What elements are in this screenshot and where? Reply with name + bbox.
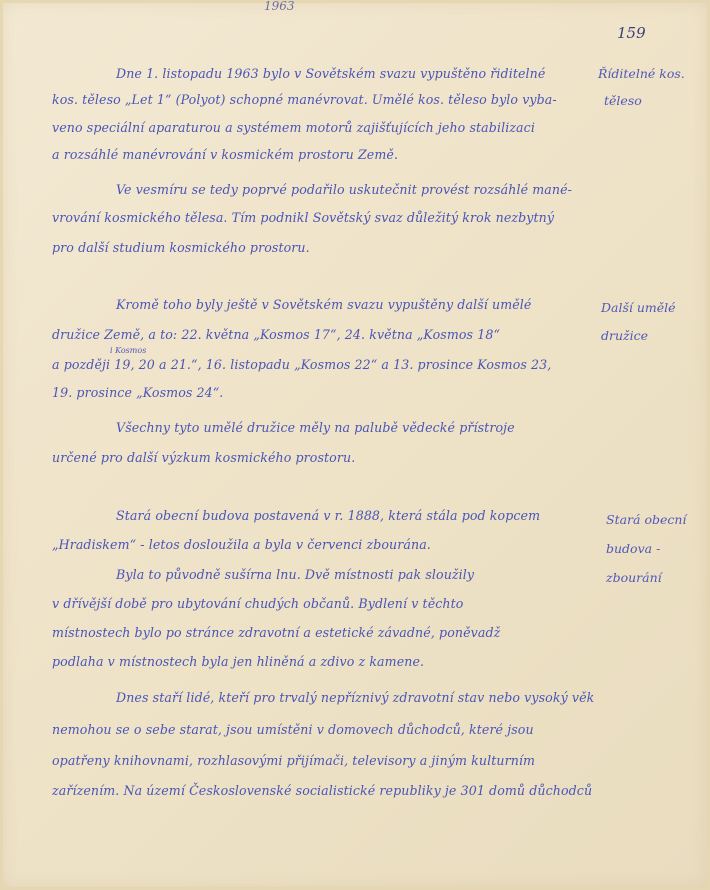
margin-note: Říditelné kos.: [598, 66, 685, 81]
text-line: místnostech bylo po stránce zdravotní a …: [52, 625, 500, 640]
text-line: a rozsáhlé manévrování v kosmickém prost…: [52, 147, 398, 162]
interlinear-insertion: i Kosmos: [110, 346, 146, 355]
text-line: kos. těleso „Let 1“ (Polyot) schopné man…: [52, 92, 557, 107]
text-line: „Hradiskem“ - letos dosloužila a byla v …: [52, 537, 431, 552]
margin-note: Stará obecní: [606, 512, 686, 527]
text-line: určené pro další výzkum kosmického prost…: [52, 450, 355, 465]
margin-note: Další umělé: [601, 300, 676, 315]
text-line: vrování kosmického tělesa. Tím podnikl S…: [52, 210, 554, 225]
margin-note: zbourání: [606, 570, 662, 585]
page-number: 159: [617, 24, 646, 42]
text-line: v dřívější době pro ubytování chudých ob…: [52, 596, 463, 611]
margin-note: těleso: [604, 93, 642, 108]
text-line: podlaha v místnostech byla jen hliněná a…: [52, 654, 424, 669]
text-line: družice Země, a to: 22. května „Kosmos 1…: [52, 327, 500, 342]
text-line: Stará obecní budova postavená v r. 1888,…: [116, 508, 540, 523]
handwritten-chronicle-page: 1963 159 Dne 1. listopadu 1963 bylo v So…: [0, 0, 710, 890]
text-line: Dnes staří lidé, kteří pro trvalý nepříz…: [116, 690, 594, 705]
text-line: opatřeny knihovnami, rozhlasovými přijím…: [52, 753, 535, 768]
text-line: pro další studium kosmického prostoru.: [52, 240, 310, 255]
text-line: veno speciální aparaturou a systémem mot…: [52, 120, 535, 135]
text-line: Kromě toho byly ještě v Sovětském svazu …: [116, 297, 531, 312]
text-line: zařízením. Na území Československé socia…: [52, 783, 592, 798]
text-line: Byla to původně sušírna lnu. Dvě místnos…: [116, 567, 474, 582]
text-line: 19. prosince „Kosmos 24“.: [52, 385, 223, 400]
text-line: nemohou se o sebe starat, jsou umístěni …: [52, 722, 534, 737]
text-line: Ve vesmíru se tedy poprvé podařilo uskut…: [116, 182, 572, 197]
year-heading: 1963: [264, 0, 295, 13]
text-line: Dne 1. listopadu 1963 bylo v Sovětském s…: [116, 66, 545, 81]
text-line: Všechny tyto umělé družice měly na palub…: [116, 420, 515, 435]
margin-note: budova -: [606, 541, 660, 556]
margin-note: družice: [601, 328, 648, 343]
text-line: a později 19, 20 a 21.“, 16. listopadu „…: [52, 357, 551, 372]
